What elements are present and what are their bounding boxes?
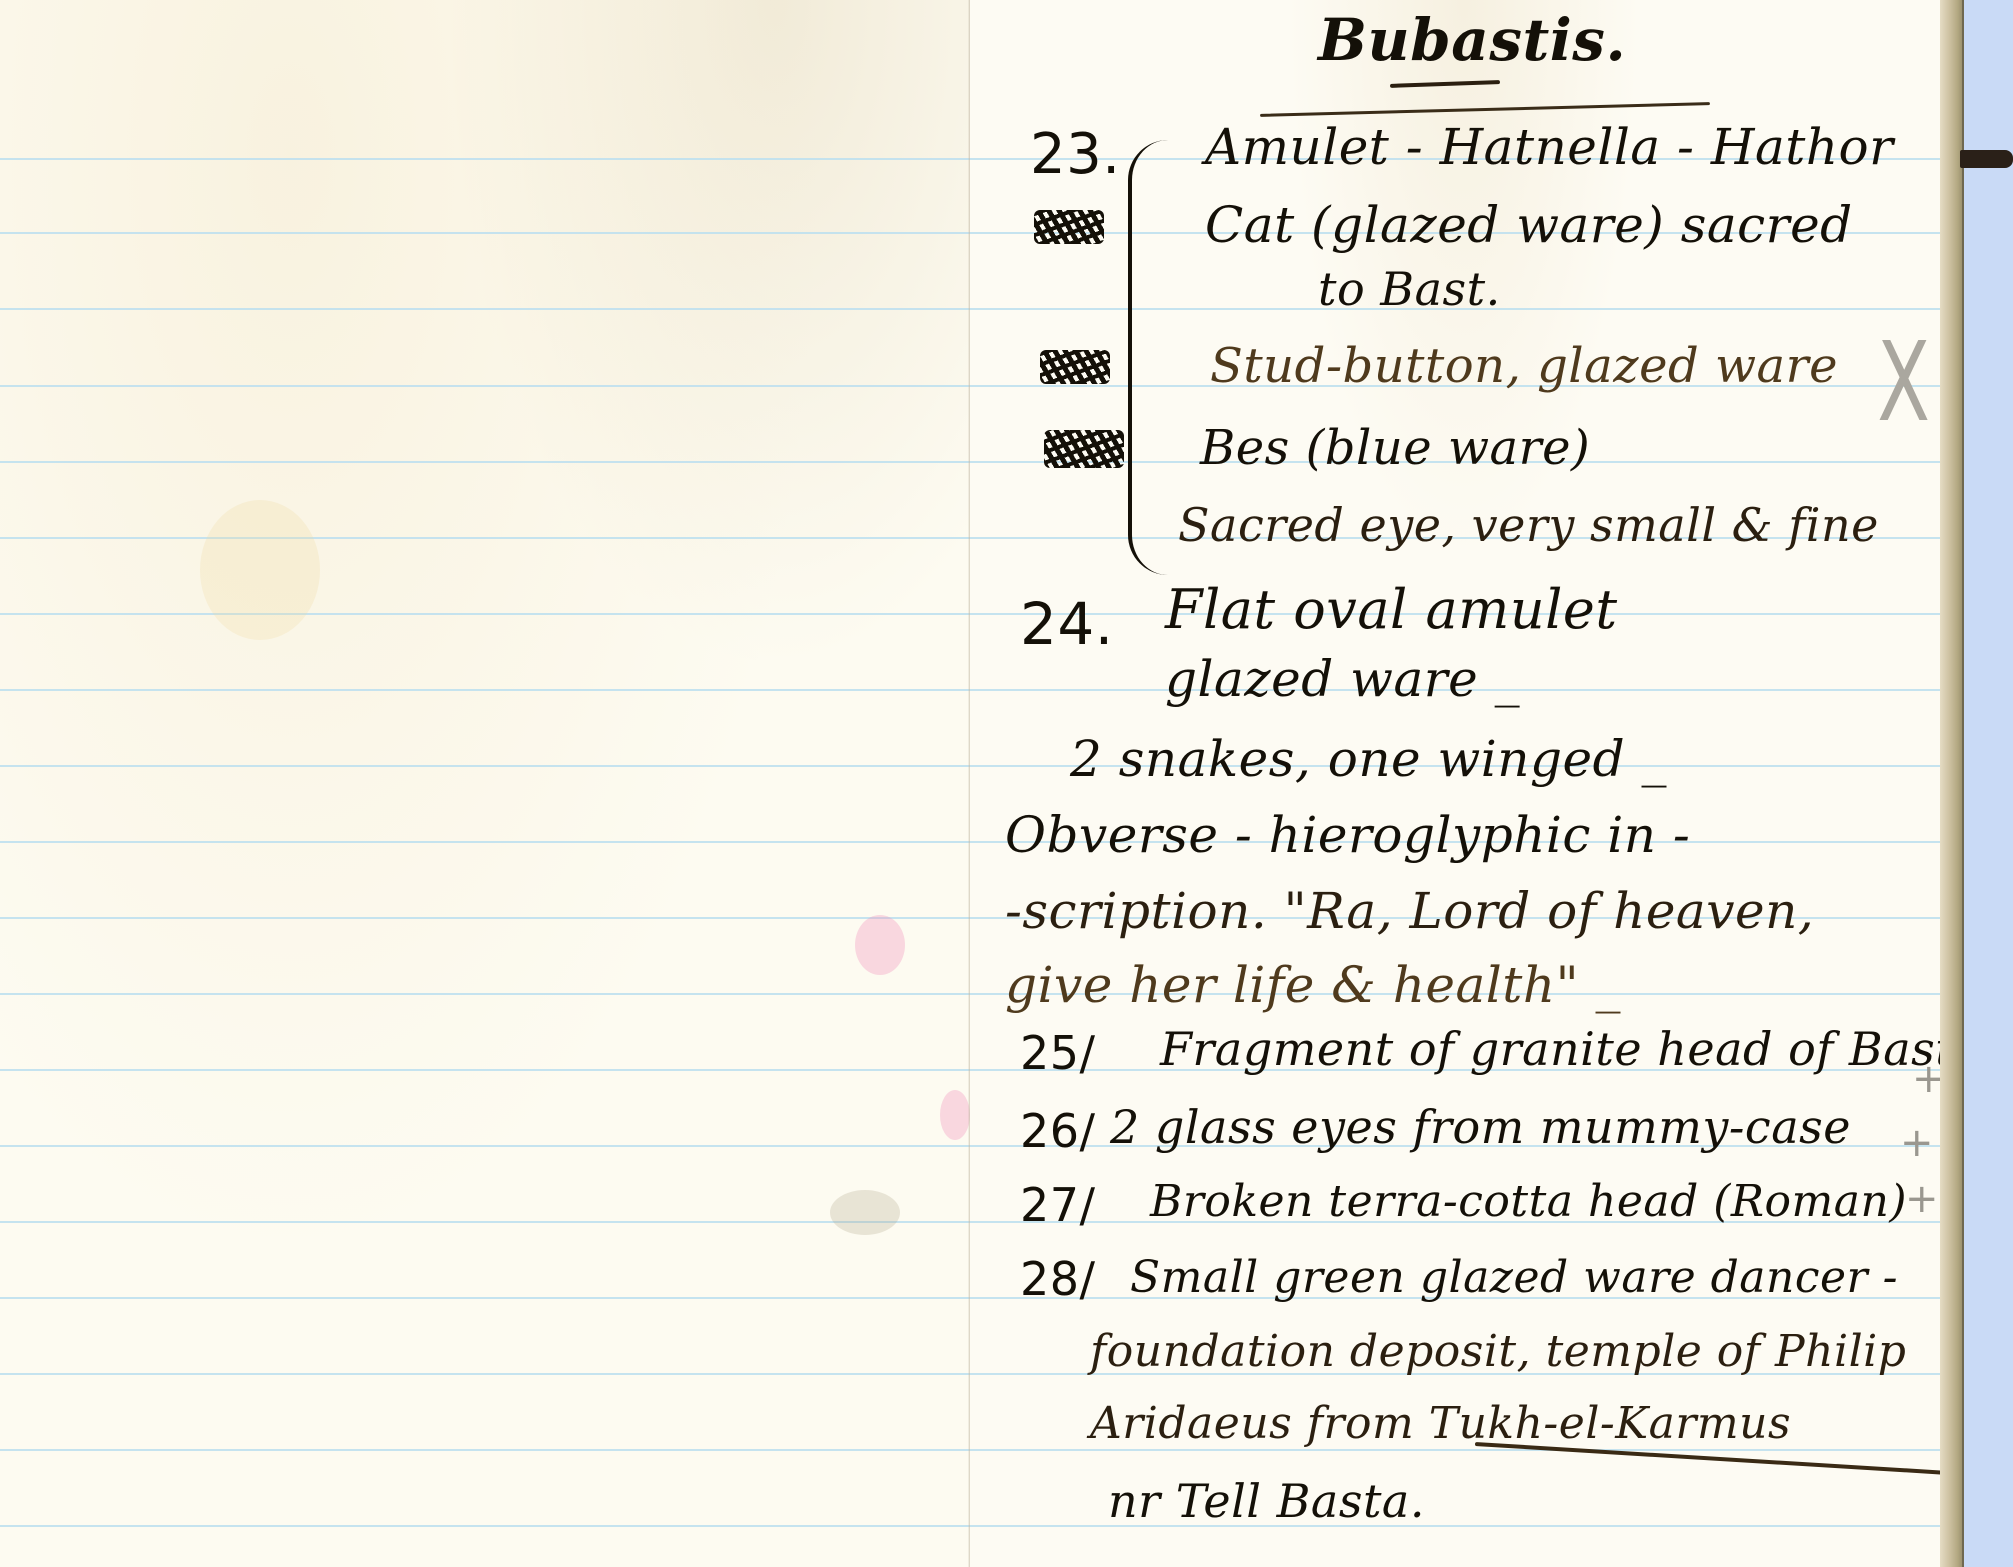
rule-line [0, 1373, 970, 1375]
rule-line [0, 917, 970, 919]
rule-line [0, 537, 970, 539]
rule-line [0, 1449, 970, 1451]
rule-line [0, 689, 970, 691]
entry-line: Aridaeus from Tukh-el-Karmus [1090, 1398, 1791, 1449]
left-page [0, 0, 970, 1567]
entry-number: 25/ [1020, 1026, 1096, 1080]
yellow-foxing-stain [200, 500, 320, 640]
entry-line: 2 snakes, one winged _ [1070, 730, 1667, 788]
rule-line [0, 841, 970, 843]
ribbon-marker [1960, 150, 2013, 168]
rule-line [0, 1145, 970, 1147]
entry-number: 28/ [1020, 1252, 1096, 1306]
entry-line: give her life & health" _ [1005, 956, 1621, 1014]
pencil-plus-mark: + [1905, 1176, 1939, 1222]
pink-ink-stain [940, 1090, 970, 1140]
pink-ink-stain [855, 915, 905, 975]
rule-line [0, 993, 970, 995]
struck-out-number [1044, 430, 1124, 468]
grey-offset-stain [830, 1190, 900, 1235]
rule-line [0, 1221, 970, 1223]
rule-line [0, 158, 970, 160]
rule-line [0, 232, 970, 234]
page-title: Bubastis. [1318, 6, 1626, 74]
entry-line: 2 glass eyes from mummy-case [1110, 1100, 1851, 1154]
pencil-x-mark: X [1877, 318, 1930, 446]
entry-line: foundation deposit, temple of Philip [1090, 1326, 1906, 1377]
entry-line: Flat oval amulet [1165, 578, 1618, 641]
rule-line [970, 1449, 1958, 1451]
entry-number: 27/ [1020, 1178, 1096, 1232]
entry-line: Cat (glazed ware) sacred [1205, 196, 1853, 254]
grouping-brace [1128, 140, 1172, 575]
notebook-spread: Bubastis. 23. Amulet - Hatnella - Hathor… [0, 0, 1958, 1567]
entry-line: Fragment of granite head of Bast [1160, 1022, 1954, 1076]
entry-line: Bes (blue ware) [1200, 420, 1590, 476]
struck-out-number [1040, 350, 1110, 384]
entry-number: 24. [1020, 590, 1114, 658]
entry-line: -scription. "Ra, Lord of heaven, [1005, 882, 1814, 940]
rule-line [0, 613, 970, 615]
entry-number: 23. [1030, 122, 1121, 187]
entry-line: Stud-button, glazed ware [1210, 338, 1838, 394]
entry-line: Obverse - hieroglyphic in - [1005, 806, 1690, 864]
rule-line [0, 385, 970, 387]
rule-line [0, 1525, 970, 1527]
struck-out-number [1034, 210, 1104, 244]
entry-line: Sacred eye, very small & fine [1178, 498, 1879, 552]
pencil-plus-mark: + [1900, 1120, 1934, 1166]
rule-line [0, 461, 970, 463]
entry-line: Amulet - Hatnella - Hathor [1205, 118, 1894, 176]
entry-line: nr Tell Basta. [1108, 1474, 1425, 1528]
rule-line [0, 1069, 970, 1071]
entry-line: glazed ware _ [1165, 650, 1520, 708]
page-edge [1940, 0, 1964, 1567]
rule-line [0, 1297, 970, 1299]
entry-line: to Bast. [1318, 262, 1501, 316]
rule-line [0, 308, 970, 310]
entry-line: Small green glazed ware dancer - [1130, 1252, 1898, 1303]
entry-number: 26/ [1020, 1104, 1096, 1158]
entry-line: Broken terra-cotta head (Roman) [1150, 1176, 1907, 1227]
rule-line [0, 765, 970, 767]
